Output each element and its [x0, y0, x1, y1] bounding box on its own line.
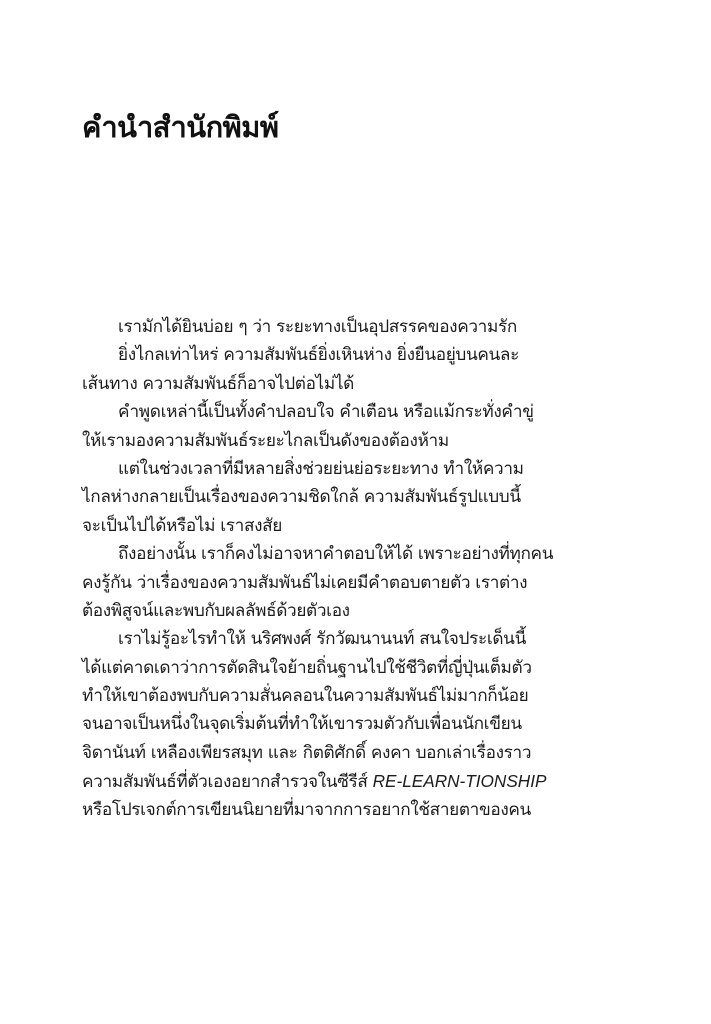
text-line: จะเป็นไปได้หรือไม่ เราสงสัย	[82, 512, 642, 540]
text-segment: ความสัมพันธ์ที่ตัวเองอยากสำรวจในซีรีส์	[82, 772, 373, 792]
series-name: RE-LEARN-TIONSHIP	[373, 771, 547, 791]
text-line: ต้องพิสูจน์และพบกับผลลัพธ์ด้วยตัวเอง	[82, 597, 642, 625]
text-line: จนอาจเป็นหนึ่งในจุดเริ่มต้นที่ทำให้เขารว…	[82, 710, 642, 738]
text-line: เส้นทาง ความสัมพันธ์ก็อาจไปต่อไม่ได้	[82, 370, 642, 398]
text-line: จิดานันท์ เหลืองเพียรสมุท และ กิตติศักดิ…	[82, 739, 642, 767]
text-line: แต่ในช่วงเวลาที่มีหลายสิ่งช่วยย่นย่อระยะ…	[82, 455, 642, 483]
text-line: ยิ่งไกลเท่าไหร่ ความสัมพันธ์ยิ่งเหินห่าง…	[82, 341, 642, 369]
book-page: คำนำสำนักพิมพ์ เรามักได้ยินบ่อย ๆ ว่า ระ…	[0, 0, 711, 1024]
text-line: ให้เรามองความสัมพันธ์ระยะไกลเป็นดังของต้…	[82, 427, 642, 455]
text-line: เราไม่รู้อะไรทำให้ นริศพงศ์ รักวัฒนานนท์…	[82, 625, 642, 653]
text-line: ทำให้เขาต้องพบกับความสั่นคลอนในความสัมพั…	[82, 682, 642, 710]
text-line: เรามักได้ยินบ่อย ๆ ว่า ระยะทางเป็นอุปสรร…	[82, 313, 642, 341]
text-line-with-series-name: ความสัมพันธ์ที่ตัวเองอยากสำรวจในซีรีส์ R…	[82, 767, 642, 795]
text-line: คงรู้กัน ว่าเรื่องของความสัมพันธ์ไม่เคยม…	[82, 569, 642, 597]
text-line: ไกลห่างกลายเป็นเรื่องของความชิดใกล้ ความ…	[82, 483, 642, 511]
text-line: ได้แต่คาดเดาว่าการตัดสินใจย้ายถิ่นฐานไปใ…	[82, 654, 642, 682]
body-text: เรามักได้ยินบ่อย ๆ ว่า ระยะทางเป็นอุปสรร…	[82, 313, 642, 824]
text-line: คำพูดเหล่านี้เป็นทั้งคำปลอบใจ คำเตือน หร…	[82, 398, 642, 426]
page-title: คำนำสำนักพิมพ์	[82, 104, 279, 150]
text-line: หรือโปรเจกต์การเขียนนิยายที่มาจากการอยาก…	[82, 796, 642, 824]
text-line: ถึงอย่างนั้น เราก็คงไม่อาจหาคำตอบให้ได้ …	[82, 540, 642, 568]
